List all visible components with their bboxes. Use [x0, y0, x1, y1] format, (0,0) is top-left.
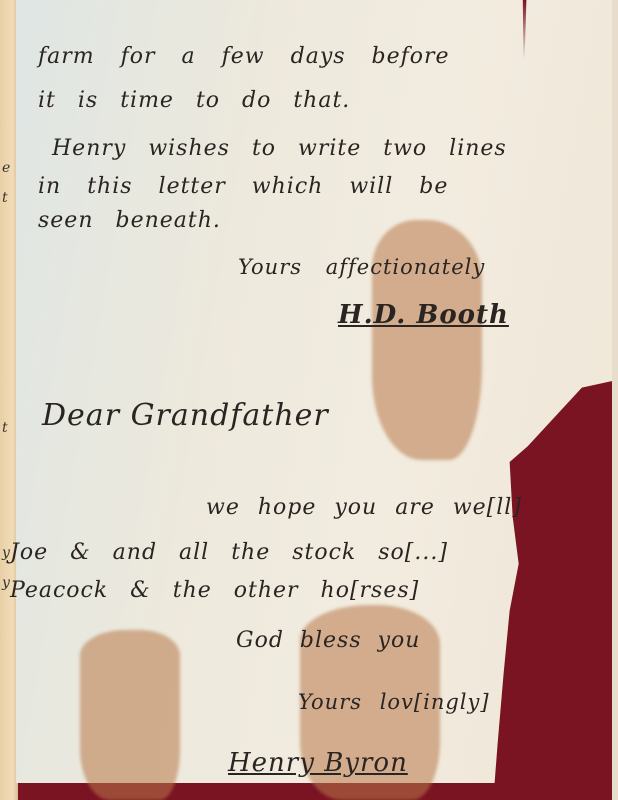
blessing: God bless you [236, 628, 420, 653]
letter-line: in this letter which will be [38, 174, 448, 199]
letter-line: seen beneath. [38, 208, 221, 233]
letter-line: it is time to do that. [38, 88, 350, 113]
signature: Henry Byron [228, 748, 408, 778]
page-mark: e [2, 160, 10, 176]
greeting: Dear Grandfather [42, 398, 329, 433]
page-mark: y [2, 545, 10, 561]
letter-line: Peacock & the other ho[rses] [10, 578, 419, 603]
book-edge [612, 0, 618, 800]
closing: Yours affectionately [238, 255, 485, 279]
letter-line: Henry wishes to write two lines [52, 136, 507, 161]
water-stain [80, 630, 180, 800]
letter-line: farm for a few days before [38, 44, 450, 69]
closing: Yours lov[ingly] [298, 690, 490, 714]
letter-line: Joe & and all the stock so[...] [10, 540, 448, 565]
adjacent-page-edge: e t t y y [0, 0, 18, 800]
page-mark: y [2, 575, 10, 591]
letter-line: we hope you are we[ll] [206, 495, 522, 520]
page-mark: t [2, 420, 8, 436]
signature: H.D. Booth [338, 300, 509, 330]
page-mark: t [2, 190, 8, 206]
